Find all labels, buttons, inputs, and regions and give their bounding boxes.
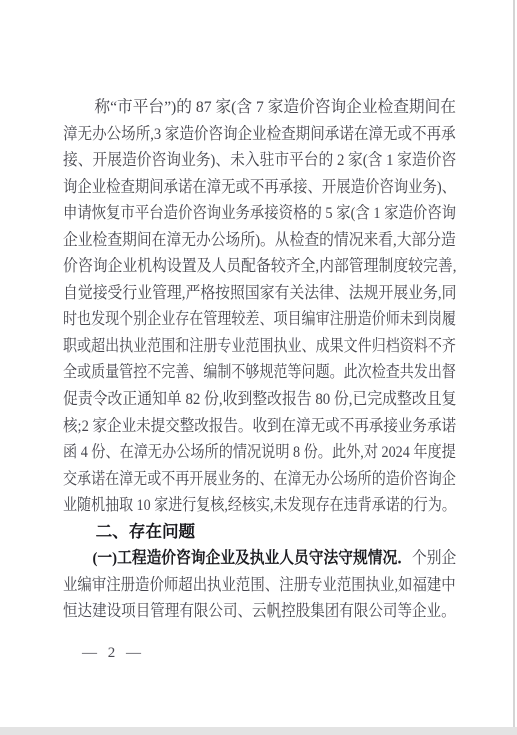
- doc-line: 全或质量管控不完善、编制不够规范等问题。此次检查共发出督: [63, 359, 402, 386]
- subsection-lead-text: 个别企: [412, 548, 456, 567]
- doc-line: 交承诺在漳无或不再开展业务的、在漳无办公场所的造价咨询企: [63, 466, 402, 493]
- scan-bottom-edge-strip: [0, 727, 517, 735]
- doc-line: 恒达建设项目管理有限公司、云帆控股集团有限公司等企业。: [63, 598, 414, 625]
- subsection-lead-line: (一)工程造价咨询企业及执业人员守法守规情况．个别企: [63, 545, 419, 572]
- doc-line: 业编审注册造价师超出执业范围、注册专业范围执业,如福建中: [63, 572, 411, 599]
- document-body: 称“市平台”)的 87 家(含 7 家造价咨询企业检查期间在漳无办公场所,3 家…: [63, 94, 456, 625]
- doc-line: 询企业检查期间承诺在漳无或不再承接、开展造价咨询业务)、: [63, 174, 410, 201]
- subsection-title: (一)工程造价咨询企业及执业人员守法守规情况．: [93, 548, 412, 567]
- page-number: — 2 —: [82, 643, 144, 663]
- doc-line: 称“市平台”)的 87 家(含 7 家造价咨询企业检查期间在: [63, 94, 442, 121]
- doc-line: 促责令改正通知单 82 份,收到整改报告 80 份,已完成整改且复: [63, 386, 421, 413]
- doc-line: 企业检查期间在漳无办公场所)。从检查的情况来看,大部分造: [63, 227, 420, 254]
- scan-right-edge-line: [513, 0, 515, 727]
- doc-line: 自觉接受行业管理,严格按照国家有关法律、法规开展业务,同: [63, 280, 421, 307]
- doc-line: 漳无办公场所,3 家造价咨询企业检查期间承诺在漳无或不再承: [63, 121, 414, 148]
- doc-line: 业随机抽取 10 家进行复核,经核实,未发现存在违背承诺的行为。: [63, 492, 402, 519]
- doc-line: 价咨询企业机构设置及人员配备较齐全,内部管理制度较完善,: [63, 253, 421, 280]
- scanned-document-page: 称“市平台”)的 87 家(含 7 家造价咨询企业检查期间在漳无办公场所,3 家…: [0, 0, 517, 735]
- doc-line: 申请恢复市平台造价咨询业务承接资格的 5 家(含 1 家造价咨询: [63, 200, 410, 227]
- doc-line: 函 4 份、在漳无办公场所的情况说明 8 份。此外,对 2024 年度提: [63, 439, 405, 466]
- doc-line: 接、开展造价咨询业务)、未入驻市平台的 2 家(含 1 家造价咨: [63, 147, 419, 174]
- doc-line: 时也发现个别企业存在管理较差、项目编审注册造价师未到岗履: [63, 306, 402, 333]
- paragraph-subsection-body: 业编审注册造价师超出执业范围、注册专业范围执业,如福建中恒达建设项目管理有限公司…: [63, 572, 456, 625]
- doc-line: 职或超出执业范围和注册专业范围执业、成果文件归档资料不齐: [63, 333, 402, 360]
- paragraph-inspection-overview: 称“市平台”)的 87 家(含 7 家造价咨询企业检查期间在漳无办公场所,3 家…: [63, 94, 456, 519]
- section-heading: 二、存在问题: [63, 519, 456, 546]
- doc-line: 核;2 家企业未提交整改报告。收到在漳无或不再承接业务承诺: [63, 413, 414, 440]
